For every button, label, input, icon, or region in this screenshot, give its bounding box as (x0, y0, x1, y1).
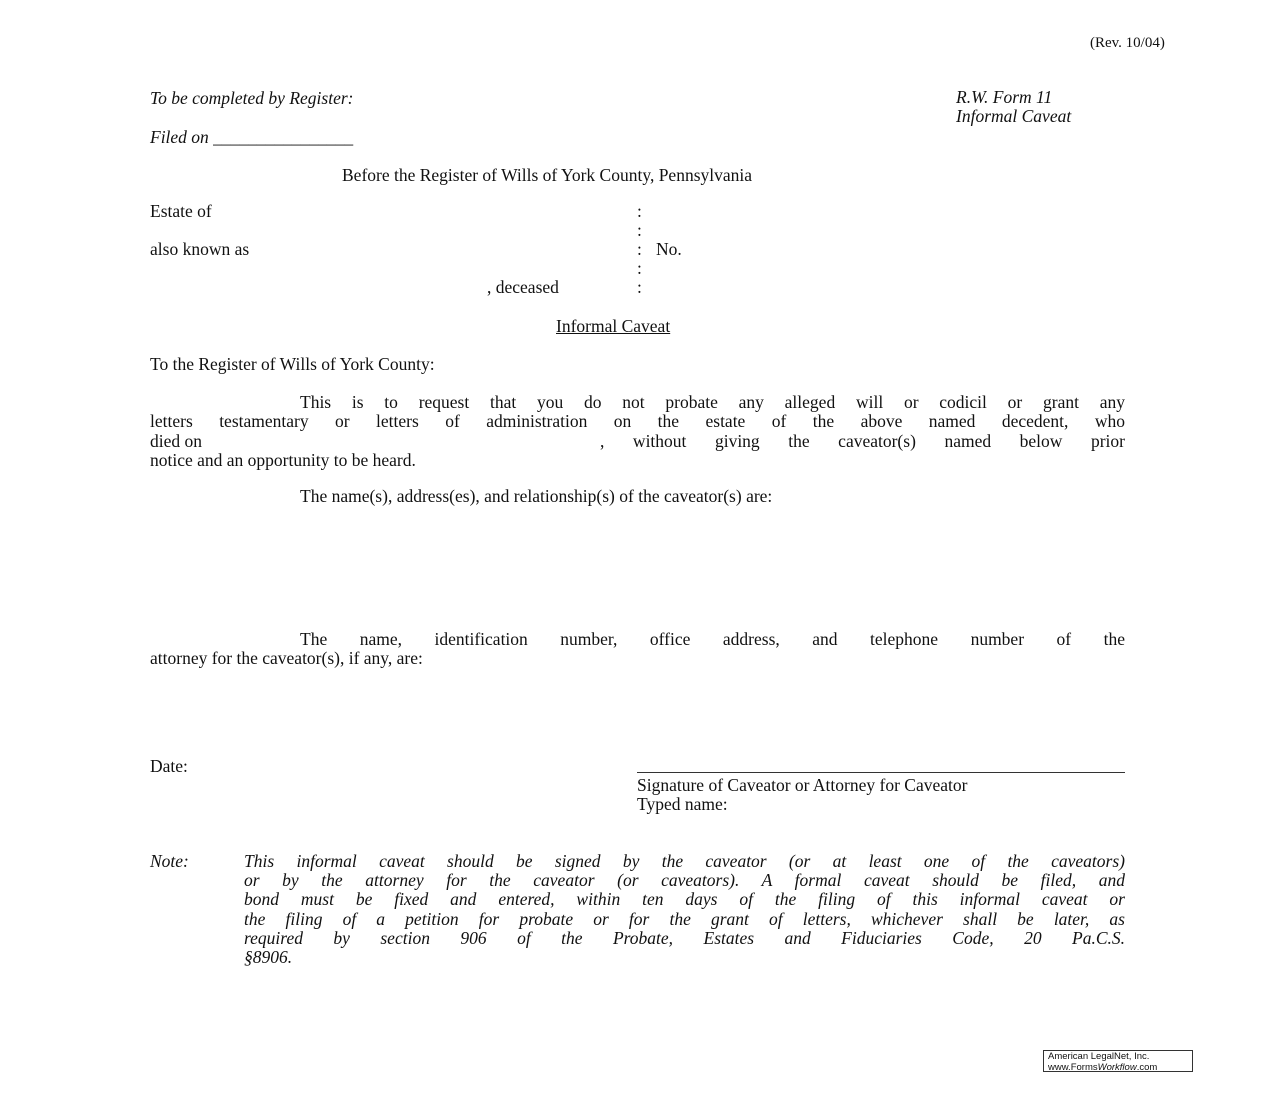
form-number: R.W. Form 11 (956, 88, 1052, 107)
filed-on-field[interactable]: Filed on ________________ (150, 128, 353, 147)
caption-colon: : (637, 202, 642, 221)
note-line: the filing of a petition for probate or … (244, 910, 1125, 929)
publisher-badge: American LegalNet, Inc. www.FormsWorkflo… (1043, 1050, 1193, 1072)
case-number-label: No. (656, 240, 682, 259)
request-paragraph: This is to request that you do not proba… (150, 393, 1125, 470)
deceased-label: , deceased (487, 278, 559, 297)
note-text: This informal caveat should be signed by… (244, 852, 1125, 967)
estate-of-label: Estate of (150, 202, 212, 221)
caption-colon: : (637, 259, 642, 278)
note-line: This informal caveat should be signed by… (244, 852, 1125, 871)
caption-colon: : (637, 240, 642, 259)
request-line: notice and an opportunity to be heard. (150, 451, 1125, 470)
note-line: bond must be fixed and entered, within t… (244, 890, 1125, 909)
request-line: , without giving the caveator(s) named b… (600, 432, 1125, 451)
caveators-intro: The name(s), address(es), and relationsh… (300, 487, 772, 506)
form-name: Informal Caveat (956, 107, 1071, 126)
request-line: letters testamentary or letters of admin… (150, 412, 1125, 431)
publisher-website: www.FormsWorkflow.com (1048, 1063, 1192, 1074)
typed-name-label: Typed name: (637, 795, 728, 814)
signature-line[interactable] (637, 772, 1125, 773)
request-line: This is to request that you do not proba… (150, 393, 1125, 412)
caption-colon: : (637, 278, 642, 297)
signature-label: Signature of Caveator or Attorney for Ca… (637, 776, 967, 795)
caption-colon: : (637, 221, 642, 240)
date-label: Date: (150, 757, 188, 776)
attorney-line: attorney for the caveator(s), if any, ar… (150, 649, 1125, 668)
salutation: To the Register of Wills of York County: (150, 355, 435, 374)
request-line-died-on: died on , without giving the caveator(s)… (150, 432, 1125, 451)
document-title: Informal Caveat (556, 317, 670, 336)
court-title: Before the Register of Wills of York Cou… (342, 166, 752, 185)
attorney-line: The name, identification number, office … (150, 630, 1125, 649)
note-line: or by the attorney for the caveator (or … (244, 871, 1125, 890)
note-line: §8906. (244, 948, 1125, 967)
revision-label: (Rev. 10/04) (1090, 34, 1165, 53)
register-note: To be completed by Register: (150, 89, 353, 108)
note-label: Note: (150, 852, 189, 871)
note-line: required by section 906 of the Probate, … (244, 929, 1125, 948)
attorney-paragraph: The name, identification number, office … (150, 630, 1125, 669)
also-known-as-label: also known as (150, 240, 249, 259)
died-on-label: died on (150, 432, 202, 451)
